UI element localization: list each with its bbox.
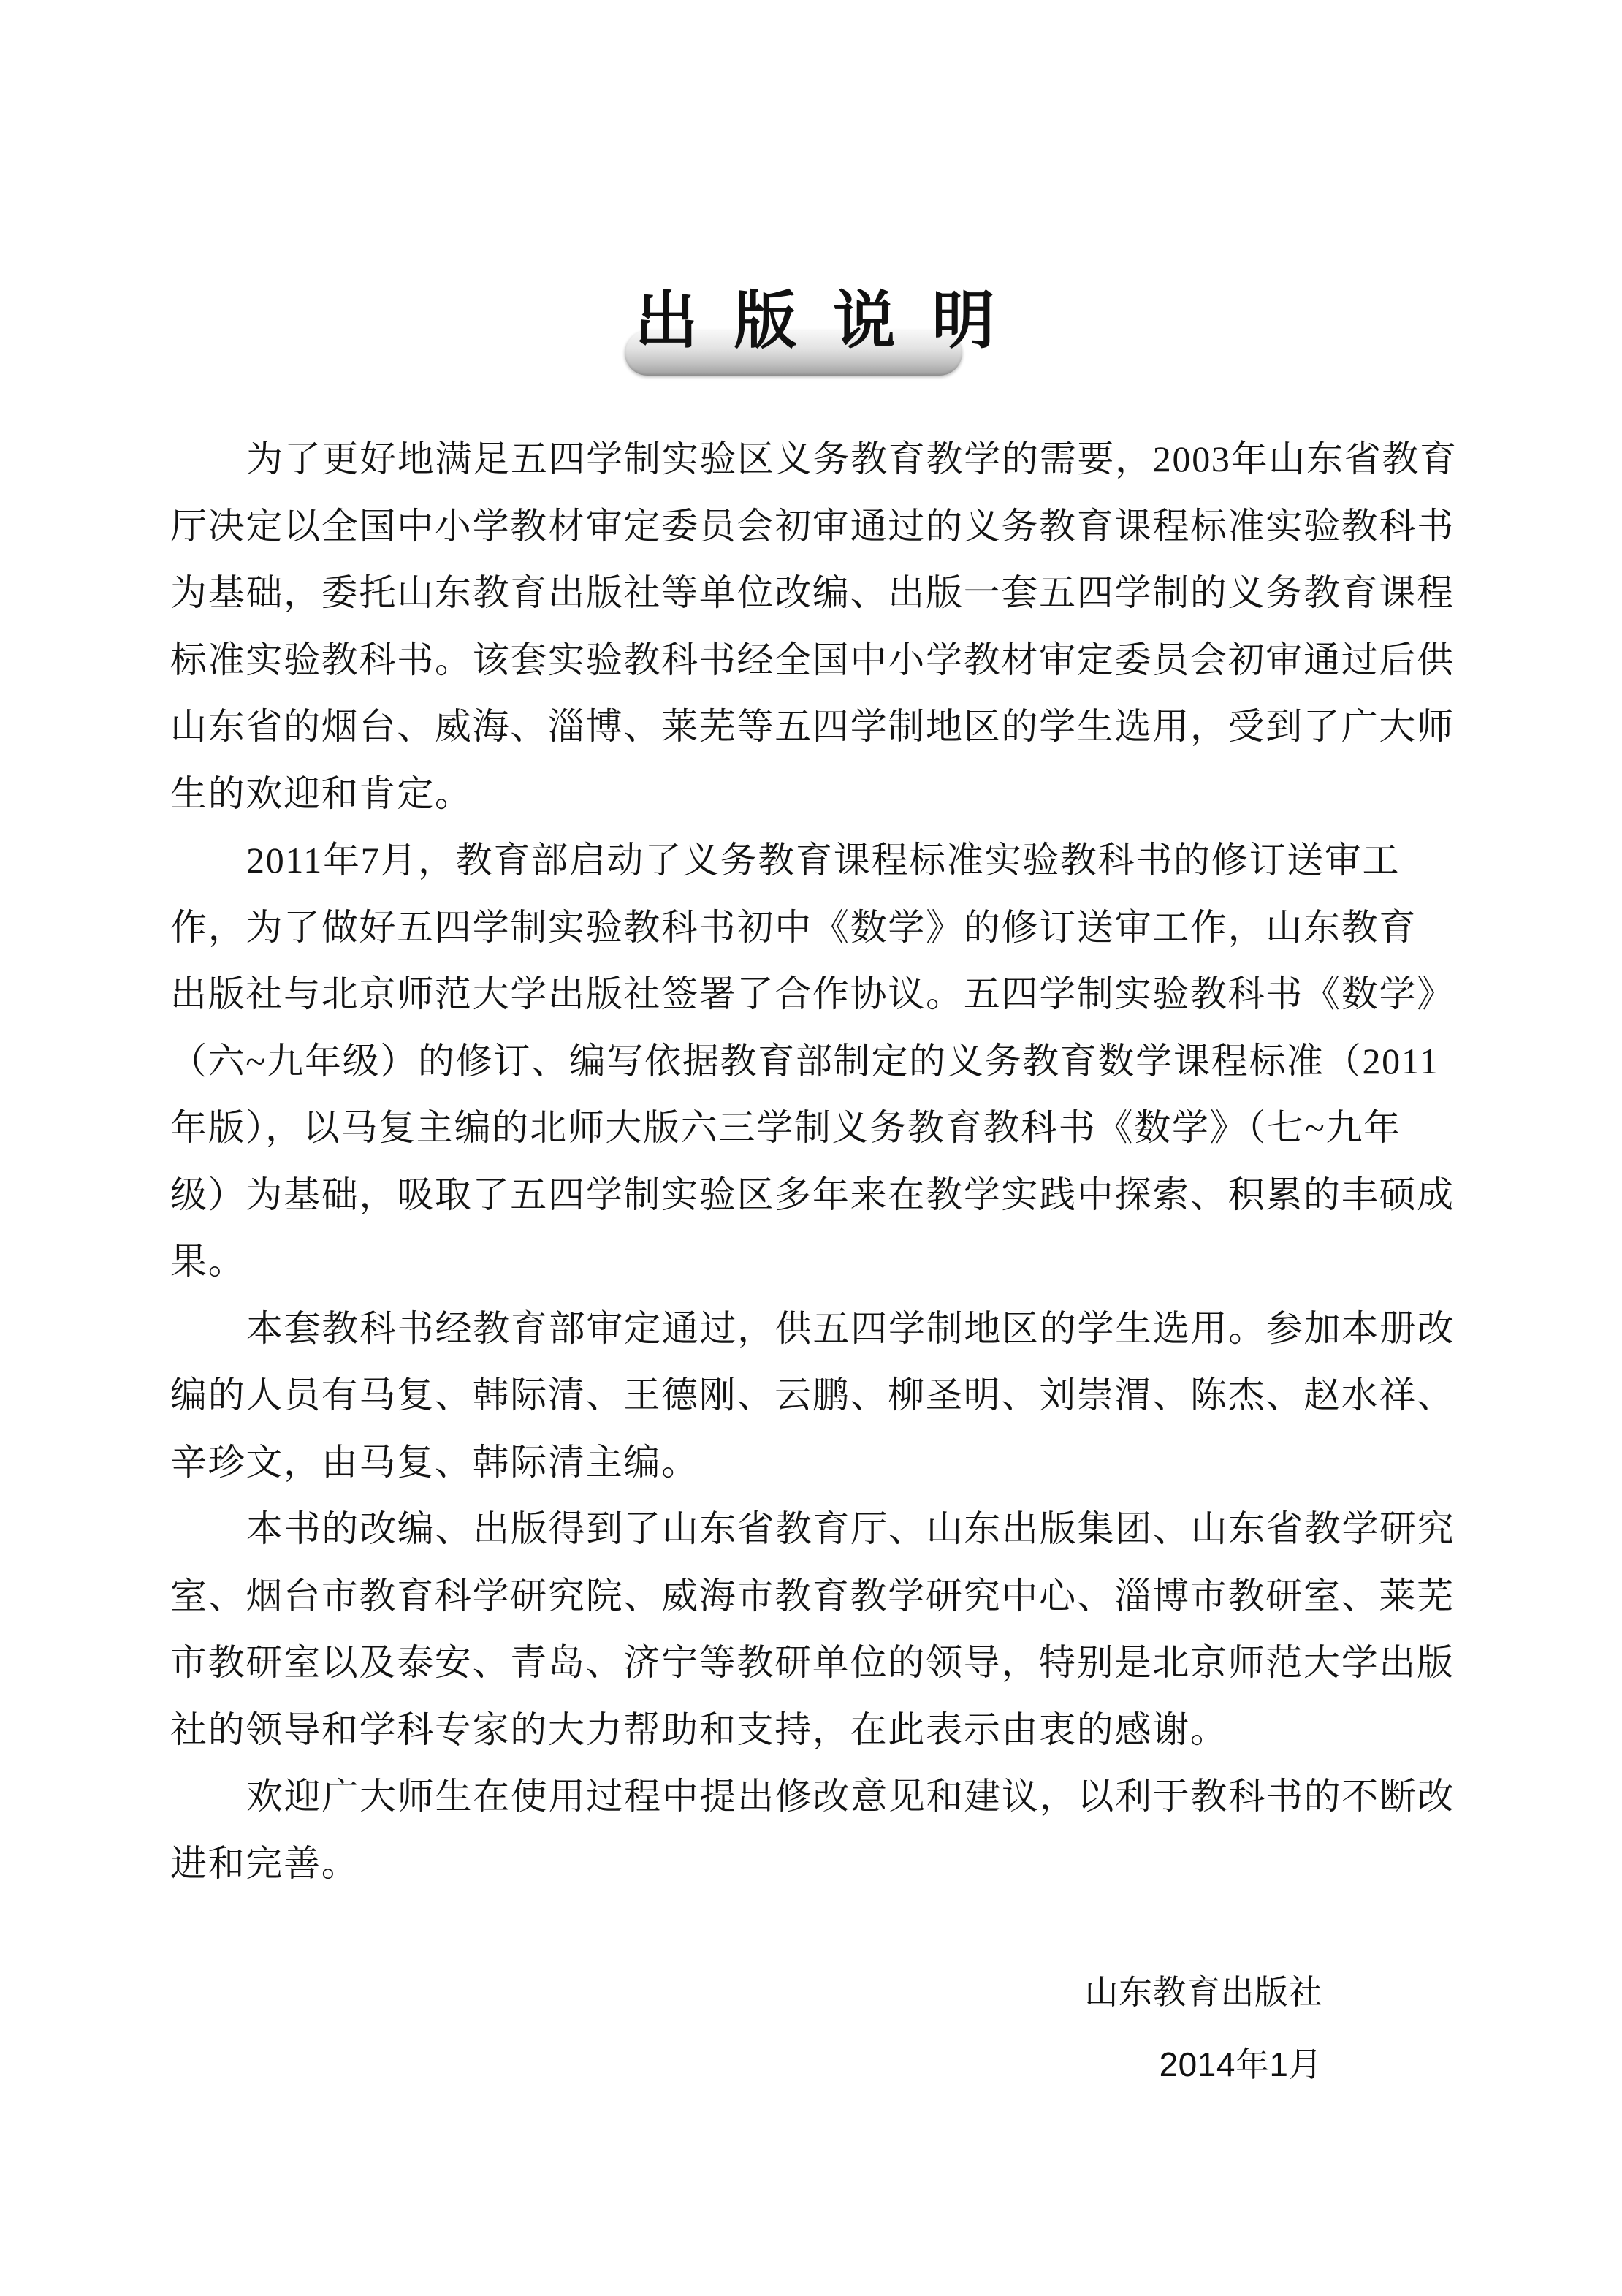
body-line: 标准实验教科书。该套实验教科书经全国中小学教材审定委员会初审通过后供 [170,627,1460,694]
page-title: 出 版 说 明 [625,289,962,352]
body-line: 欢迎广大师生在使用过程中提出修改意见和建议，以利于教科书的不断改 [170,1763,1460,1831]
book-page: 出 版 说 明 为了更好地满足五四学制实验区义务教育教学的需要，2003年山东省… [0,0,1622,2296]
body-line: 辛珍文，由马复、韩际清主编。 [170,1429,1460,1497]
body-line: 室、烟台市教育科学研究院、威海市教育教学研究中心、淄博市教研室、莱芜 [170,1563,1460,1630]
body-line: 生的欢迎和肯定。 [170,761,1460,828]
publication-date: 2014年1月 [1085,2029,1323,2101]
body-line: 年版），以马复主编的北师大版六三学制义务教育教科书《数学》（七~九年 [170,1095,1460,1162]
body-line: 厅决定以全国中小学教材审定委员会初审通过的义务教育课程标准实验教科书 [170,493,1460,560]
body-line: 本套教科书经教育部审定通过，供五四学制地区的学生选用。参加本册改 [170,1296,1460,1363]
body-line: （六~九年级）的修订、编写依据教育部制定的义务教育数学课程标准（2011 [170,1028,1460,1095]
body-line: 级）为基础，吸取了五四学制实验区多年来在教学实践中探索、积累的丰硕成 [170,1162,1460,1229]
body-line: 市教研室以及泰安、青岛、济宁等教研单位的领导，特别是北京师范大学出版 [170,1630,1460,1697]
body-line: 本书的改编、出版得到了山东省教育厅、山东出版集团、山东省教学研究 [170,1496,1460,1563]
signature-block: 山东教育出版社 2014年1月 [1085,1956,1323,2101]
body-line: 编的人员有马复、韩际清、王德刚、云鹏、柳圣明、刘崇渭、陈杰、赵水祥、 [170,1362,1460,1429]
body-line: 进和完善。 [170,1831,1460,1898]
body-line: 为了更好地满足五四学制实验区义务教育教学的需要，2003年山东省教育 [170,426,1460,493]
publisher-name: 山东教育出版社 [1085,1956,1323,2029]
publication-note-body: 为了更好地满足五四学制实验区义务教育教学的需要，2003年山东省教育 厅决定以全… [170,426,1460,1897]
body-line: 山东省的烟台、威海、淄博、莱芜等五四学制地区的学生选用，受到了广大师 [170,693,1460,761]
body-line: 出版社与北京师范大学出版社签署了合作协议。五四学制实验教科书《数学》 [170,961,1460,1028]
body-line: 2011年7月，教育部启动了义务教育课程标准实验教科书的修订送审工 [170,827,1460,894]
body-line: 作，为了做好五四学制实验教科书初中《数学》的修订送审工作，山东教育 [170,894,1460,962]
body-line: 社的领导和学科专家的大力帮助和支持，在此表示由衷的感谢。 [170,1697,1460,1764]
body-line: 果。 [170,1228,1460,1296]
body-line: 为基础，委托山东教育出版社等单位改编、出版一套五四学制的义务教育课程 [170,560,1460,627]
